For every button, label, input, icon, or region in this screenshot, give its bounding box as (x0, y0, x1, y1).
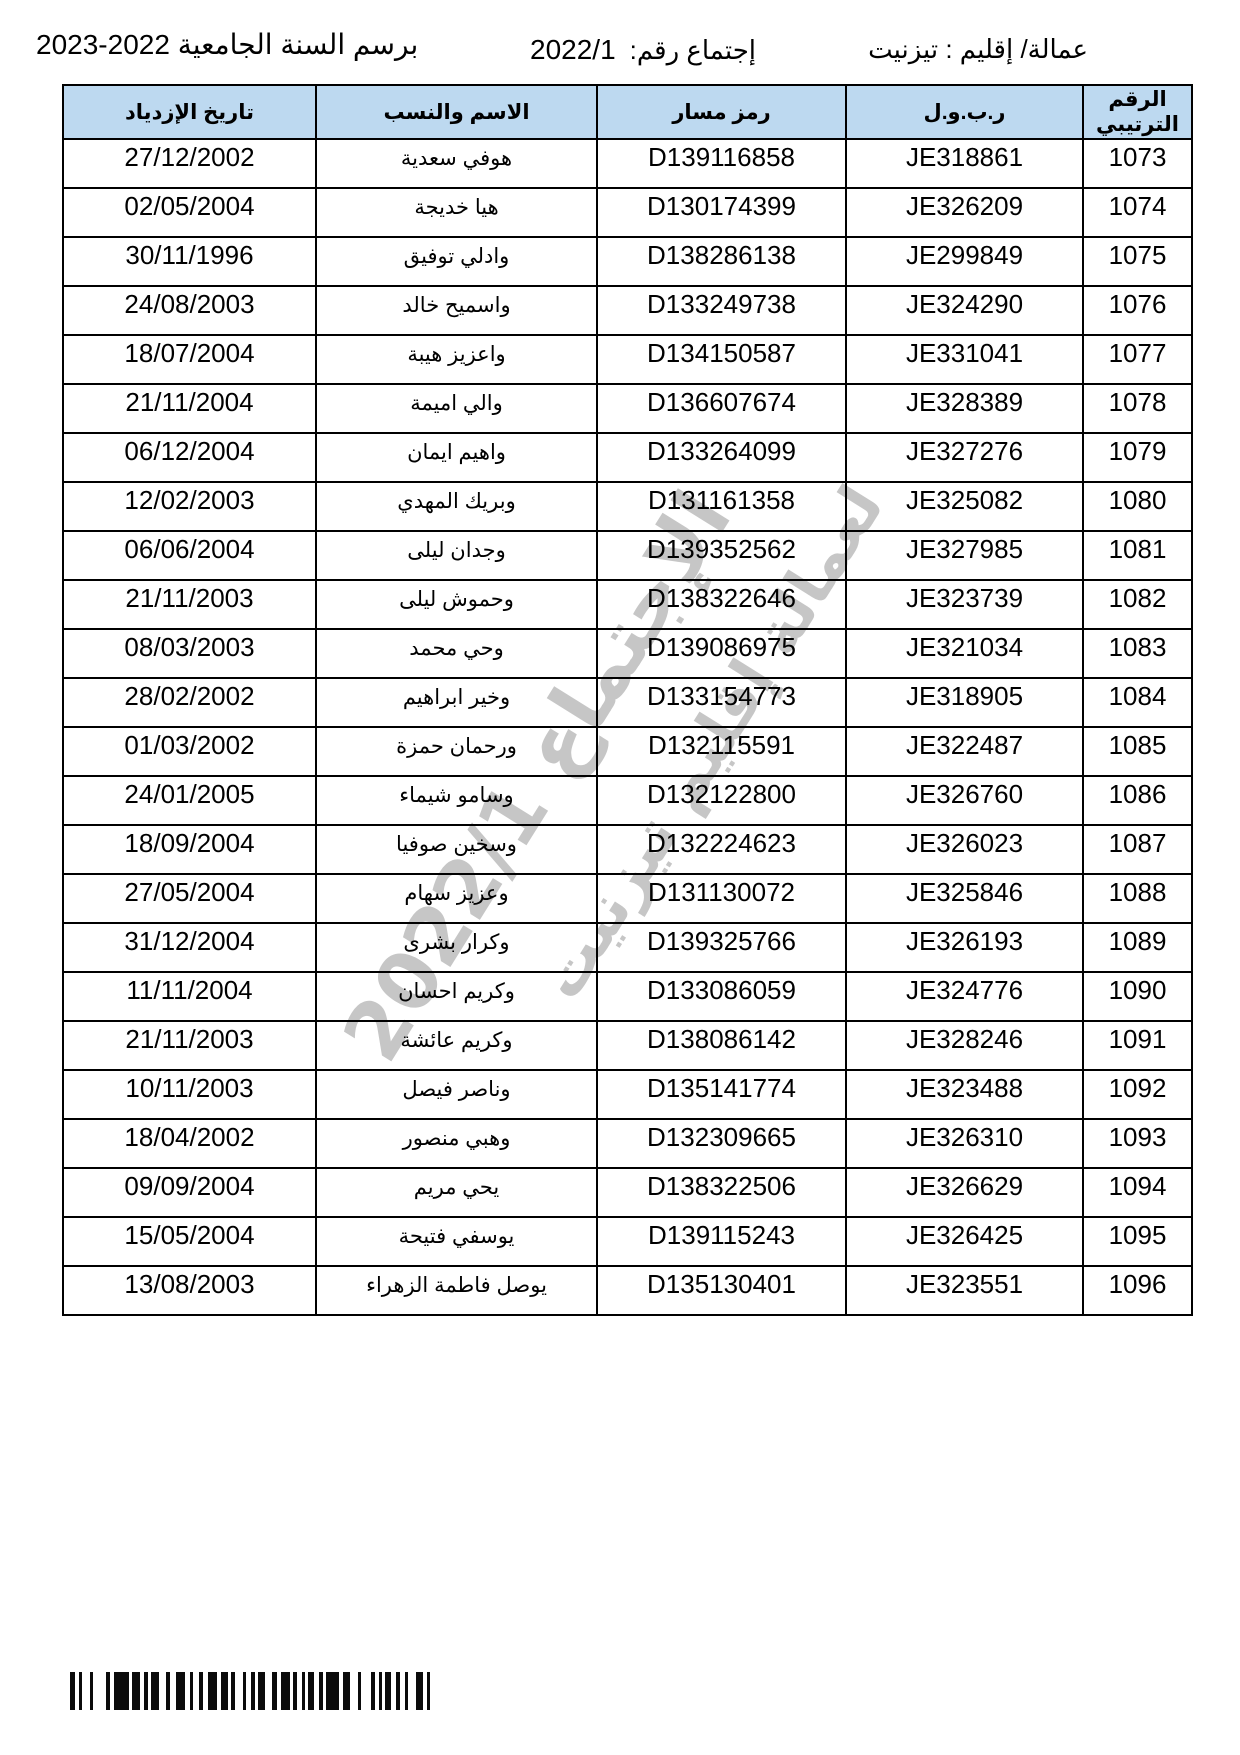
cell-massar: D135141774 (597, 1070, 846, 1119)
meeting-number: 2022/1 (530, 34, 616, 65)
cell-massar: D136607674 (597, 384, 846, 433)
cell-birthdate: 18/04/2002 (63, 1119, 316, 1168)
barcode-gap (159, 1672, 166, 1710)
table-row: 1082JE323739D138322646وحموش ليلى21/11/20… (63, 580, 1192, 629)
table-row: 1087JE326023D132224623وسخين صوفيا18/09/2… (63, 825, 1192, 874)
table-row: 1080JE325082D131161358وبريك المهدي12/02/… (63, 482, 1192, 531)
cell-massar: D139116858 (597, 139, 846, 188)
table-row: 1091JE328246D138086142وكريم عائشة21/11/2… (63, 1021, 1192, 1070)
cell-birthdate: 06/06/2004 (63, 531, 316, 580)
barcode-gap (350, 1672, 358, 1710)
barcode-gap (408, 1672, 416, 1710)
cell-name: والي اميمة (316, 384, 597, 433)
table-row: 1089JE326193D139325766وكرار بشرى31/12/20… (63, 923, 1192, 972)
cell-birthdate: 02/05/2004 (63, 188, 316, 237)
barcode-gap (430, 1672, 432, 1710)
cell-name: وسخين صوفيا (316, 825, 597, 874)
cell-massar: D133154773 (597, 678, 846, 727)
cell-name: وادلي توفيق (316, 237, 597, 286)
cell-seq: 1095 (1083, 1217, 1192, 1266)
cell-name: وكريم عائشة (316, 1021, 597, 1070)
cell-birthdate: 31/12/2004 (63, 923, 316, 972)
cell-birthdate: 28/02/2002 (63, 678, 316, 727)
cell-seq: 1090 (1083, 972, 1192, 1021)
cell-birthdate: 15/05/2004 (63, 1217, 316, 1266)
cell-birthdate: 27/12/2002 (63, 139, 316, 188)
province-label: عمالة/ إقليم : تيزنيت (868, 34, 1088, 65)
table-row: 1086JE326760D132122800وسامو شيماء24/01/2… (63, 776, 1192, 825)
cell-name: وكرار بشرى (316, 923, 597, 972)
cell-cne: JE326310 (846, 1119, 1083, 1168)
cell-massar: D130174399 (597, 188, 846, 237)
cell-cne: JE327985 (846, 531, 1083, 580)
cell-cne: JE324290 (846, 286, 1083, 335)
meeting-label: إجتماع رقم: (630, 35, 756, 65)
cell-name: واعزيز هيبة (316, 335, 597, 384)
meeting-number-line: إجتماع رقم:2022/1 (530, 34, 756, 66)
barcode-bar (176, 1672, 185, 1710)
barcode-gap (265, 1672, 272, 1710)
cell-seq: 1083 (1083, 629, 1192, 678)
cell-name: وناصر فيصل (316, 1070, 597, 1119)
cell-seq: 1096 (1083, 1266, 1192, 1315)
cell-massar: D138322506 (597, 1168, 846, 1217)
cell-massar: D138086142 (597, 1021, 846, 1070)
cell-seq: 1079 (1083, 433, 1192, 482)
barcode-bar (281, 1672, 290, 1710)
cell-seq: 1073 (1083, 139, 1192, 188)
cell-massar: D133264099 (597, 433, 846, 482)
table-row: 1076JE324290D133249738واسميح خالد24/08/2… (63, 286, 1192, 335)
cell-birthdate: 21/11/2004 (63, 384, 316, 433)
cell-cne: JE324776 (846, 972, 1083, 1021)
cell-massar: D139086975 (597, 629, 846, 678)
table-row: 1073JE318861D139116858هوفي سعدية27/12/20… (63, 139, 1192, 188)
cell-seq: 1082 (1083, 580, 1192, 629)
cell-name: وجدان ليلى (316, 531, 597, 580)
cell-massar: D131130072 (597, 874, 846, 923)
cell-name: واهيم ايمان (316, 433, 597, 482)
cell-massar: D131161358 (597, 482, 846, 531)
barcode-bar (208, 1672, 217, 1710)
cell-name: وخير ابراهيم (316, 678, 597, 727)
cell-cne: JE323551 (846, 1266, 1083, 1315)
table-row: 1083JE321034D139086975وحي محمد08/03/2003 (63, 629, 1192, 678)
cell-cne: JE323488 (846, 1070, 1083, 1119)
cell-massar: D133249738 (597, 286, 846, 335)
document-page: عمالة/ إقليم : تيزنيت إجتماع رقم:2022/1 … (0, 0, 1240, 1755)
cell-name: وبريك المهدي (316, 482, 597, 531)
cell-name: هيا خديجة (316, 188, 597, 237)
cell-massar: D132224623 (597, 825, 846, 874)
cell-seq: 1088 (1083, 874, 1192, 923)
records-table-body: 1073JE318861D139116858هوفي سعدية27/12/20… (63, 139, 1192, 1315)
cell-name: هوفي سعدية (316, 139, 597, 188)
cell-massar: D132115591 (597, 727, 846, 776)
cell-cne: JE326425 (846, 1217, 1083, 1266)
column-header-birthdate: تاريخ الإزدياد (63, 85, 316, 139)
cell-name: يوصل فاطمة الزهراء (316, 1266, 597, 1315)
cell-birthdate: 18/07/2004 (63, 335, 316, 384)
table-row: 1093JE326310D132309665وهبي منصور18/04/20… (63, 1119, 1192, 1168)
column-header-seq: الرقم الترتيبي (1083, 85, 1192, 139)
cell-name: وحموش ليلى (316, 580, 597, 629)
cell-seq: 1089 (1083, 923, 1192, 972)
cell-birthdate: 12/02/2003 (63, 482, 316, 531)
barcode-bar (326, 1672, 339, 1710)
cell-cne: JE325846 (846, 874, 1083, 923)
cell-birthdate: 08/03/2003 (63, 629, 316, 678)
cell-name: يوسفي فتيحة (316, 1217, 597, 1266)
cell-massar: D139325766 (597, 923, 846, 972)
cell-cne: JE328246 (846, 1021, 1083, 1070)
cell-massar: D135130401 (597, 1266, 846, 1315)
cell-birthdate: 24/08/2003 (63, 286, 316, 335)
cell-cne: JE328389 (846, 384, 1083, 433)
cell-seq: 1091 (1083, 1021, 1192, 1070)
table-row: 1088JE325846D131130072وعزيز سهام27/05/20… (63, 874, 1192, 923)
cell-birthdate: 21/11/2003 (63, 1021, 316, 1070)
table-row: 1095JE326425D139115243يوسفي فتيحة15/05/2… (63, 1217, 1192, 1266)
cell-massar: D139352562 (597, 531, 846, 580)
cell-massar: D138322646 (597, 580, 846, 629)
cell-cne: JE326023 (846, 825, 1083, 874)
cell-name: وهبي منصور (316, 1119, 597, 1168)
table-row: 1077JE331041D134150587واعزيز هيبة18/07/2… (63, 335, 1192, 384)
cell-seq: 1081 (1083, 531, 1192, 580)
cell-seq: 1075 (1083, 237, 1192, 286)
cell-cne: JE321034 (846, 629, 1083, 678)
table-row: 1090JE324776D133086059وكريم احسان11/11/2… (63, 972, 1192, 1021)
cell-seq: 1076 (1083, 286, 1192, 335)
records-table-head: الرقم الترتيبير.ب.و.لرمز مسارالاسم والنس… (63, 85, 1192, 139)
cell-cne: JE326629 (846, 1168, 1083, 1217)
column-header-name: الاسم والنسب (316, 85, 597, 139)
cell-massar: D133086059 (597, 972, 846, 1021)
cell-cne: JE326760 (846, 776, 1083, 825)
cell-cne: JE318905 (846, 678, 1083, 727)
cell-seq: 1093 (1083, 1119, 1192, 1168)
cell-seq: 1077 (1083, 335, 1192, 384)
cell-massar: D134150587 (597, 335, 846, 384)
barcode-gap (235, 1672, 243, 1710)
cell-birthdate: 11/11/2004 (63, 972, 316, 1021)
barcode-bar (114, 1672, 129, 1710)
cell-cne: JE331041 (846, 335, 1083, 384)
barcode-bar (416, 1672, 423, 1710)
cell-birthdate: 01/03/2002 (63, 727, 316, 776)
cell-name: وعزيز سهام (316, 874, 597, 923)
cell-name: وسامو شيماء (316, 776, 597, 825)
table-row: 1074JE326209D130174399هيا خديجة02/05/200… (63, 188, 1192, 237)
cell-birthdate: 24/01/2005 (63, 776, 316, 825)
barcode (70, 1672, 432, 1710)
cell-birthdate: 18/09/2004 (63, 825, 316, 874)
barcode-gap (93, 1672, 106, 1710)
cell-seq: 1092 (1083, 1070, 1192, 1119)
cell-seq: 1086 (1083, 776, 1192, 825)
barcode-bar (221, 1672, 228, 1710)
barcode-gap (361, 1672, 371, 1710)
cell-birthdate: 13/08/2003 (63, 1266, 316, 1315)
table-row: 1092JE323488D135141774وناصر فيصل10/11/20… (63, 1070, 1192, 1119)
cell-seq: 1085 (1083, 727, 1192, 776)
cell-massar: D138286138 (597, 237, 846, 286)
barcode-bar (258, 1672, 265, 1710)
cell-birthdate: 10/11/2003 (63, 1070, 316, 1119)
academic-year-label: برسم السنة الجامعية 2022-2023 (36, 28, 418, 61)
table-header-row: الرقم الترتيبير.ب.و.لرمز مسارالاسم والنس… (63, 85, 1192, 139)
cell-birthdate: 06/12/2004 (63, 433, 316, 482)
document-header: عمالة/ إقليم : تيزنيت إجتماع رقم:2022/1 … (0, 28, 1240, 72)
cell-name: وكريم احسان (316, 972, 597, 1021)
cell-cne: JE318861 (846, 139, 1083, 188)
cell-birthdate: 21/11/2003 (63, 580, 316, 629)
table-row: 1075JE299849D138286138وادلي توفيق30/11/1… (63, 237, 1192, 286)
table-row: 1079JE327276D133264099واهيم ايمان06/12/2… (63, 433, 1192, 482)
cell-seq: 1074 (1083, 188, 1192, 237)
column-header-massar: رمز مسار (597, 85, 846, 139)
cell-seq: 1078 (1083, 384, 1192, 433)
cell-massar: D132309665 (597, 1119, 846, 1168)
table-row: 1085JE322487D132115591ورحمان حمزة01/03/2… (63, 727, 1192, 776)
cell-cne: JE323739 (846, 580, 1083, 629)
cell-name: يحي مريم (316, 1168, 597, 1217)
cell-name: ورحمان حمزة (316, 727, 597, 776)
table-row: 1078JE328389D136607674والي اميمة21/11/20… (63, 384, 1192, 433)
cell-seq: 1084 (1083, 678, 1192, 727)
cell-cne: JE299849 (846, 237, 1083, 286)
table-row: 1081JE327985D139352562وجدان ليلى06/06/20… (63, 531, 1192, 580)
cell-birthdate: 27/05/2004 (63, 874, 316, 923)
records-table: الرقم الترتيبير.ب.و.لرمز مسارالاسم والنس… (62, 84, 1193, 1316)
cell-birthdate: 30/11/1996 (63, 237, 316, 286)
cell-seq: 1094 (1083, 1168, 1192, 1217)
barcode-gap (82, 1672, 90, 1710)
cell-massar: D132122800 (597, 776, 846, 825)
cell-name: وحي محمد (316, 629, 597, 678)
cell-cne: JE326193 (846, 923, 1083, 972)
barcode-bar (151, 1672, 159, 1710)
cell-birthdate: 09/09/2004 (63, 1168, 316, 1217)
cell-massar: D139115243 (597, 1217, 846, 1266)
cell-seq: 1087 (1083, 825, 1192, 874)
cell-name: واسميح خالد (316, 286, 597, 335)
cell-cne: JE325082 (846, 482, 1083, 531)
cell-cne: JE322487 (846, 727, 1083, 776)
table-row: 1094JE326629D138322506يحي مريم09/09/2004 (63, 1168, 1192, 1217)
cell-cne: JE326209 (846, 188, 1083, 237)
barcode-bar (132, 1672, 140, 1710)
cell-seq: 1080 (1083, 482, 1192, 531)
barcode-bar (343, 1672, 350, 1710)
column-header-cne: ر.ب.و.ل (846, 85, 1083, 139)
table-row: 1096JE323551D135130401يوصل فاطمة الزهراء… (63, 1266, 1192, 1315)
cell-cne: JE327276 (846, 433, 1083, 482)
table-row: 1084JE318905D133154773وخير ابراهيم28/02/… (63, 678, 1192, 727)
